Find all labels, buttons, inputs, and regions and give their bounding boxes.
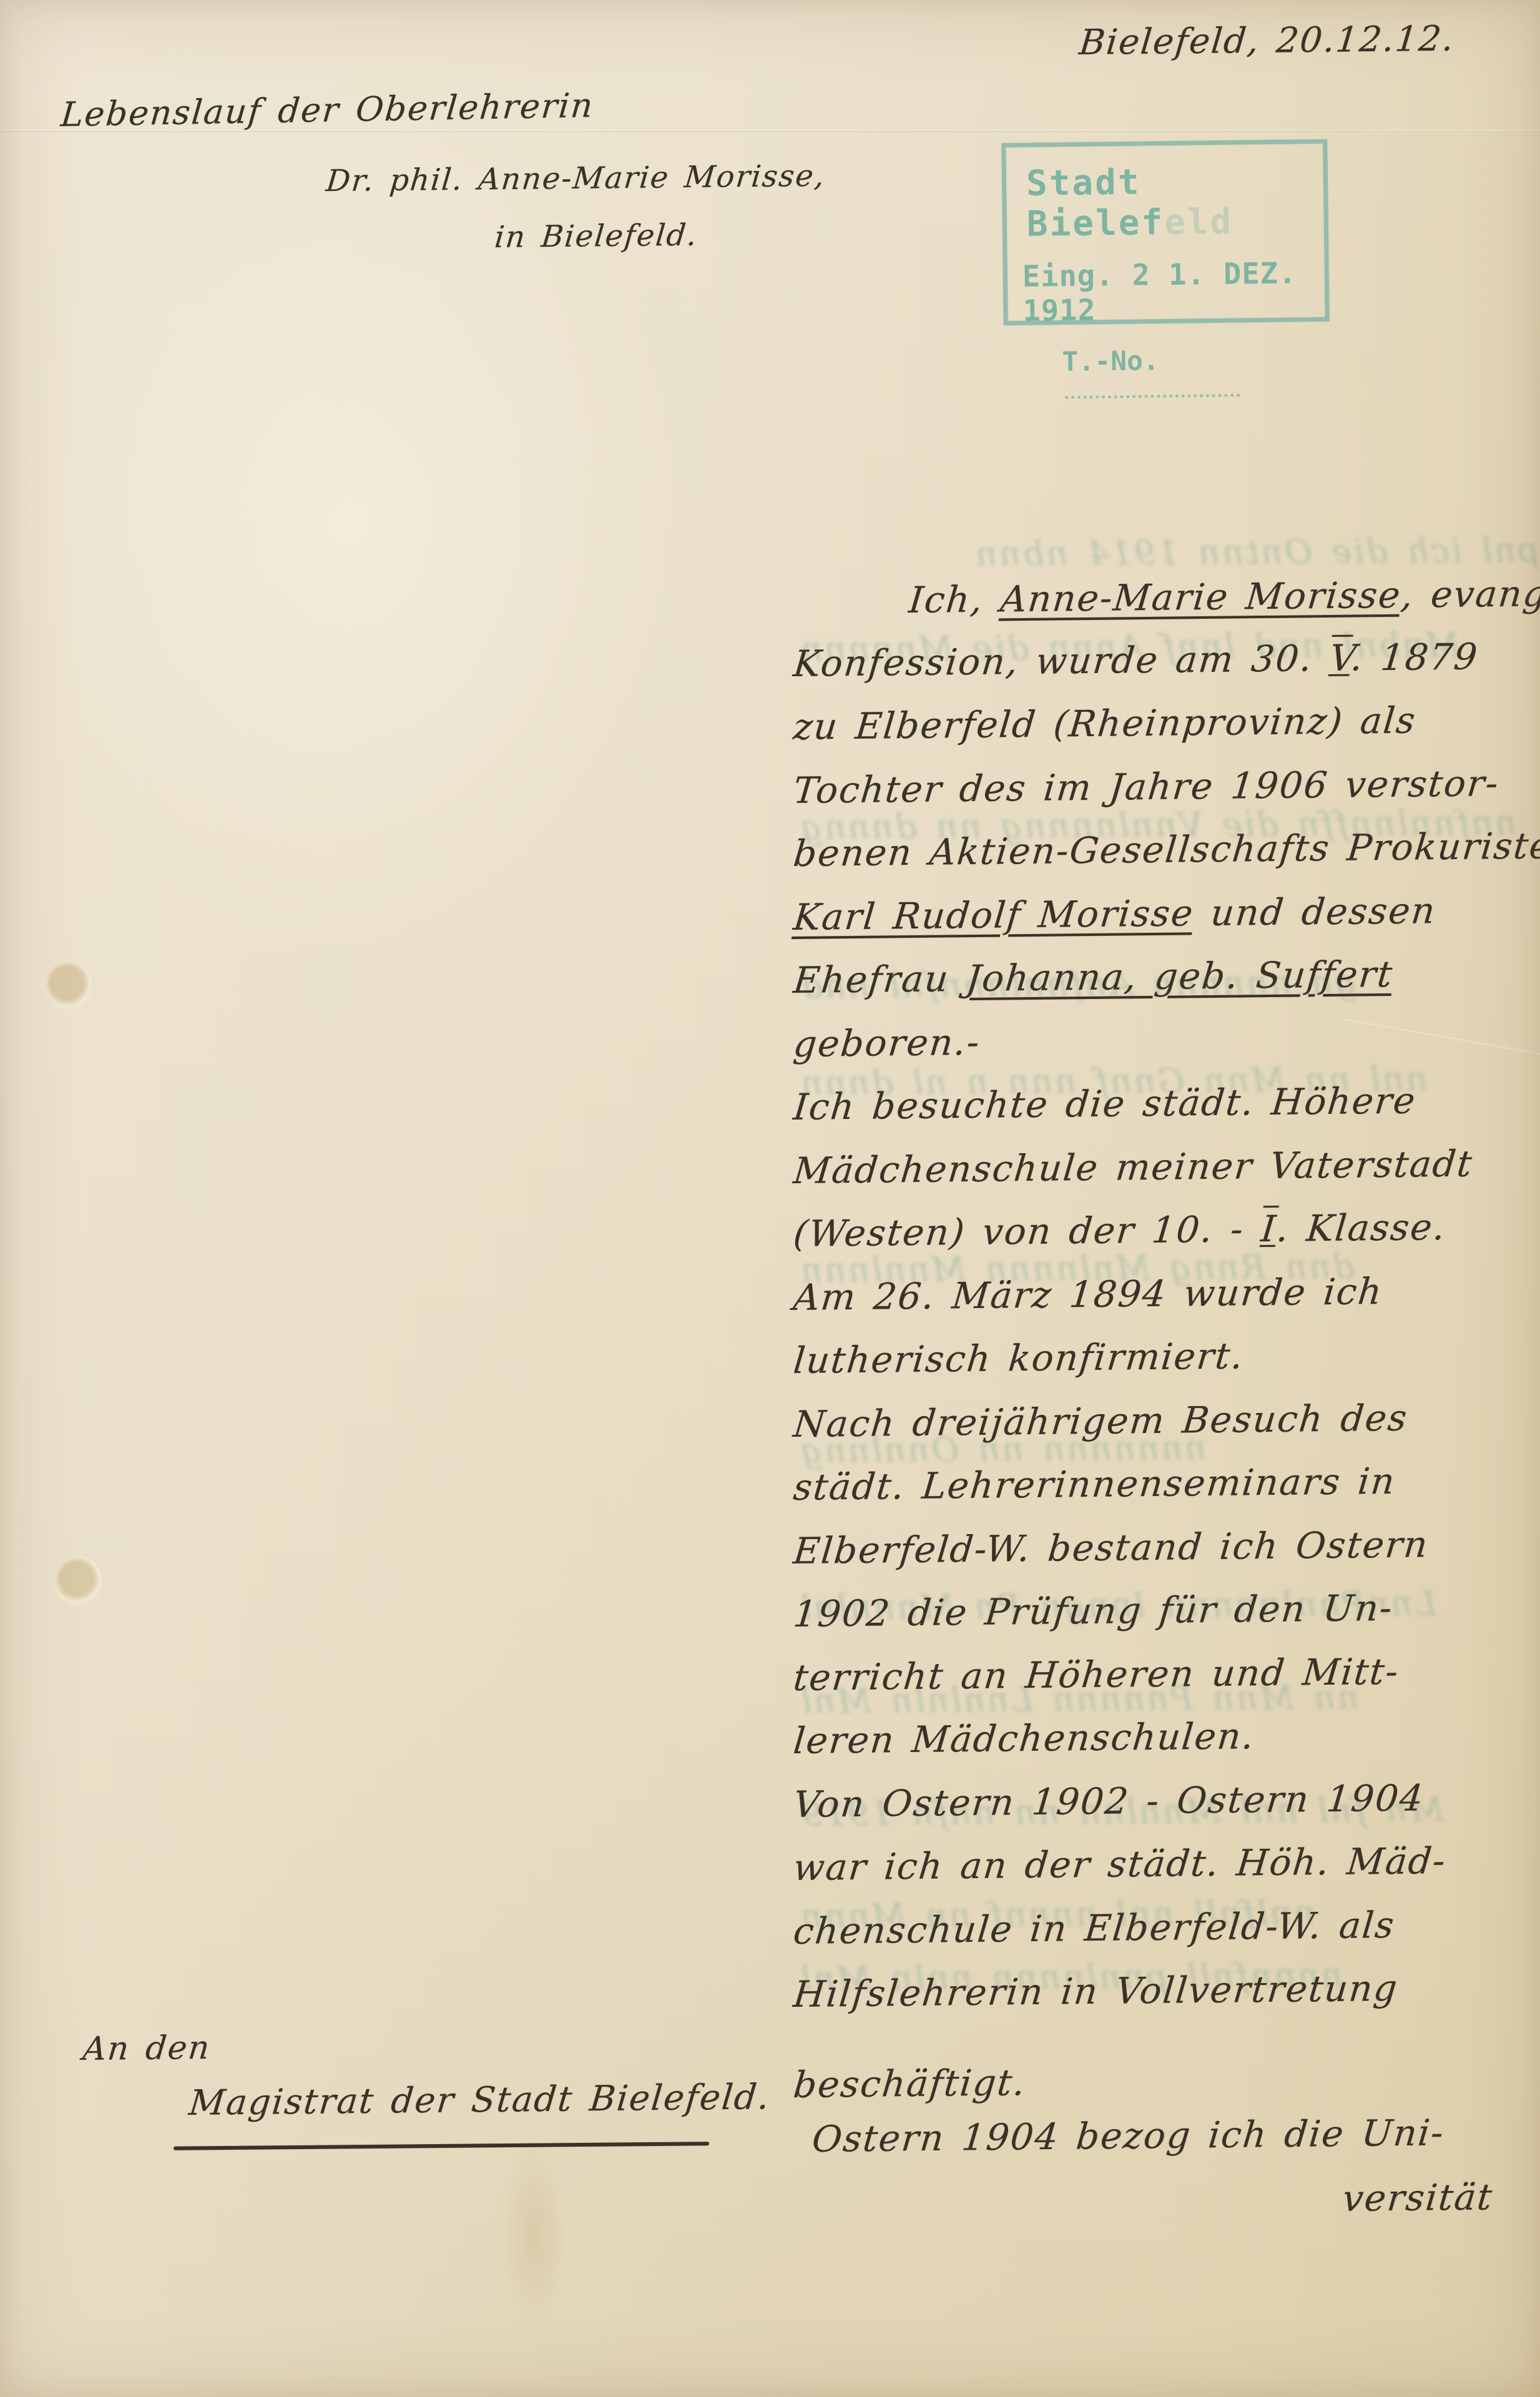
handwritten-line: Karl Rudolf Morisse und dessen <box>792 889 1438 938</box>
handwriting-segment: beschäftigt. <box>792 2061 1028 2106</box>
handwritten-line: versität <box>1341 2175 1495 2220</box>
scanned-document-page: Mnn, pnl ich die Ontnn 1914 nbnnMnbnl nn… <box>0 0 1540 2397</box>
handwritten-line: Tochter des im Jahre 1906 verstor- <box>792 762 1501 812</box>
stamp-title-faded: eld <box>1164 202 1233 243</box>
handwritten-line: städt. Lehrerinnenseminars in <box>792 1460 1398 1509</box>
handwritten-line: terricht an Höheren und Mitt- <box>792 1650 1401 1698</box>
handwriting-segment: leren Mädchenschulen. <box>792 1715 1257 1762</box>
handwriting-segment: chenschule in Elberfeld-W. als <box>792 1903 1397 1952</box>
handwritten-line: geboren.- <box>792 1020 983 1065</box>
stadt-bielefeld-receipt-stamp: Stadt Bielefeld Eing. 2 1. DEZ. 1912 T.-… <box>1001 139 1330 325</box>
handwritten-line: (Westen) von der 10. - I. Klasse. <box>792 1206 1448 1255</box>
handwriting-segment: Ich besuchte die städt. Höhere <box>792 1080 1418 1128</box>
handwritten-line: 1902 die Prüfung für den Un- <box>792 1587 1395 1635</box>
stamp-number-line: T.-No. <box>1062 343 1326 409</box>
document-title-line3: in Bielefeld. <box>493 218 699 255</box>
paper-crease-line-right <box>1343 1018 1540 1055</box>
handwriting-segment: Konfession, wurde am 30. <box>792 637 1332 685</box>
handwritten-line: Von Ostern 1902 - Ostern 1904 <box>792 1776 1426 1826</box>
stamp-number-dotted-line <box>1065 389 1240 399</box>
punch-hole-bottom <box>54 1556 102 1606</box>
handwriting-segment: Hilfslehrerin in Vollvertretung <box>792 1967 1400 2016</box>
handwritten-line: beschäftigt. <box>792 2061 1028 2106</box>
stamp-number-label: T.-No. <box>1062 345 1159 378</box>
handwritten-line: lutherisch konfirmiert. <box>792 1334 1246 1382</box>
handwritten-line: Mädchenschule meiner Vaterstadt <box>792 1142 1475 1191</box>
handwriting-segment: . 1879 <box>1349 635 1480 679</box>
handwriting-segment: lutherisch konfirmiert. <box>792 1334 1246 1382</box>
handwriting-segment: Tochter des im Jahre 1906 verstor- <box>792 762 1501 812</box>
handwriting-segment: benen Aktien-Gesellschafts Prokuristen <box>792 824 1540 875</box>
document-title-line1: Lebenslauf der Oberlehrerin <box>59 86 596 134</box>
handwritten-line: zu Elberfeld (Rheinprovinz) als <box>792 699 1418 748</box>
handwriting-segment: , evang. <box>1399 572 1540 616</box>
handwriting-segment: war ich an der städt. Höh. Mäd- <box>792 1839 1448 1889</box>
handwritten-line: war ich an der städt. Höh. Mäd- <box>792 1839 1448 1889</box>
handwritten-line: Ich besuchte die städt. Höhere <box>792 1080 1418 1128</box>
handwriting-segment: städt. Lehrerinnenseminars in <box>792 1460 1398 1509</box>
handwriting-segment: Am 26. März 1894 wurde ich <box>792 1270 1385 1319</box>
handwriting-segment: Nach dreijährigem Besuch des <box>792 1396 1410 1445</box>
handwritten-line: Hilfslehrerin in Vollvertretung <box>792 1967 1400 2016</box>
stamp-title: Stadt Bielefeld <box>1026 160 1325 245</box>
handwritten-line: Ich, Anne-Marie Morisse, evang. <box>907 572 1540 621</box>
handwritten-line: leren Mädchenschulen. <box>792 1715 1257 1762</box>
handwriting-segment: Mädchenschule meiner Vaterstadt <box>792 1142 1475 1191</box>
stamp-title-main: Stadt Bielef <box>1026 162 1165 244</box>
handwriting-segment: (Westen) von der 10. - <box>792 1208 1263 1255</box>
handwritten-line: Elberfeld-W. bestand ich Ostern <box>792 1523 1431 1572</box>
handwritten-line: Ehefrau Johanna, geb. Suffert <box>792 953 1395 1002</box>
document-title-line2: Dr. phil. Anne-Marie Morisse, <box>325 159 827 199</box>
handwriting-segment: Von Ostern 1902 - Ostern 1904 <box>792 1776 1426 1826</box>
handwritten-line: Ostern 1904 bezog ich die Uni- <box>810 2111 1446 2160</box>
handwriting-segment: und dessen <box>1192 889 1438 934</box>
handwritten-line: Nach dreijährigem Besuch des <box>792 1396 1410 1445</box>
paper-stain <box>503 2142 566 2329</box>
handwriting-segment: Ostern 1904 bezog ich die Uni- <box>810 2111 1446 2160</box>
handwritten-line: chenschule in Elberfeld-W. als <box>792 1903 1397 1952</box>
handwriting-segment: Ehefrau <box>792 957 968 1002</box>
handwriting-segment: terricht an Höheren und Mitt- <box>792 1650 1401 1698</box>
handwriting-segment: Ich, <box>907 578 1003 621</box>
handwriting-segment: geboren.- <box>792 1020 983 1065</box>
bleedthrough-smudge: Mnn, pnl ich die Ontnn 1914 nbnn <box>974 529 1540 574</box>
underlined-name: Anne-Marie Morisse <box>999 574 1403 621</box>
underlined-name: Johanna, geb. Suffert <box>964 953 1395 1000</box>
address-line1: An den <box>81 2029 212 2068</box>
handwriting-segment: Elberfeld-W. bestand ich Ostern <box>792 1523 1431 1572</box>
handwritten-line: Konfession, wurde am 30. V. 1879 <box>792 635 1480 684</box>
address-line2: Magistrat der Stadt Bielefeld. <box>187 2077 772 2124</box>
underlined-name: Karl Rudolf Morisse <box>792 892 1196 938</box>
handwritten-line: Am 26. März 1894 wurde ich <box>792 1270 1385 1319</box>
handwriting-segment: . Klasse. <box>1275 1206 1448 1250</box>
handwritten-line: benen Aktien-Gesellschafts Prokuristen <box>792 824 1540 875</box>
address-underline-stroke <box>174 2142 709 2150</box>
handwriting-segment: 1902 die Prüfung für den Un- <box>792 1587 1395 1635</box>
stamp-received-date: Eing. 2 1. DEZ. 1912 <box>1023 256 1325 328</box>
punch-hole-top <box>45 960 92 1010</box>
handwriting-segment: versität <box>1341 2175 1495 2220</box>
date-line: Bielefeld, 20.12.12. <box>1077 19 1456 63</box>
handwriting-segment: zu Elberfeld (Rheinprovinz) als <box>792 699 1418 748</box>
